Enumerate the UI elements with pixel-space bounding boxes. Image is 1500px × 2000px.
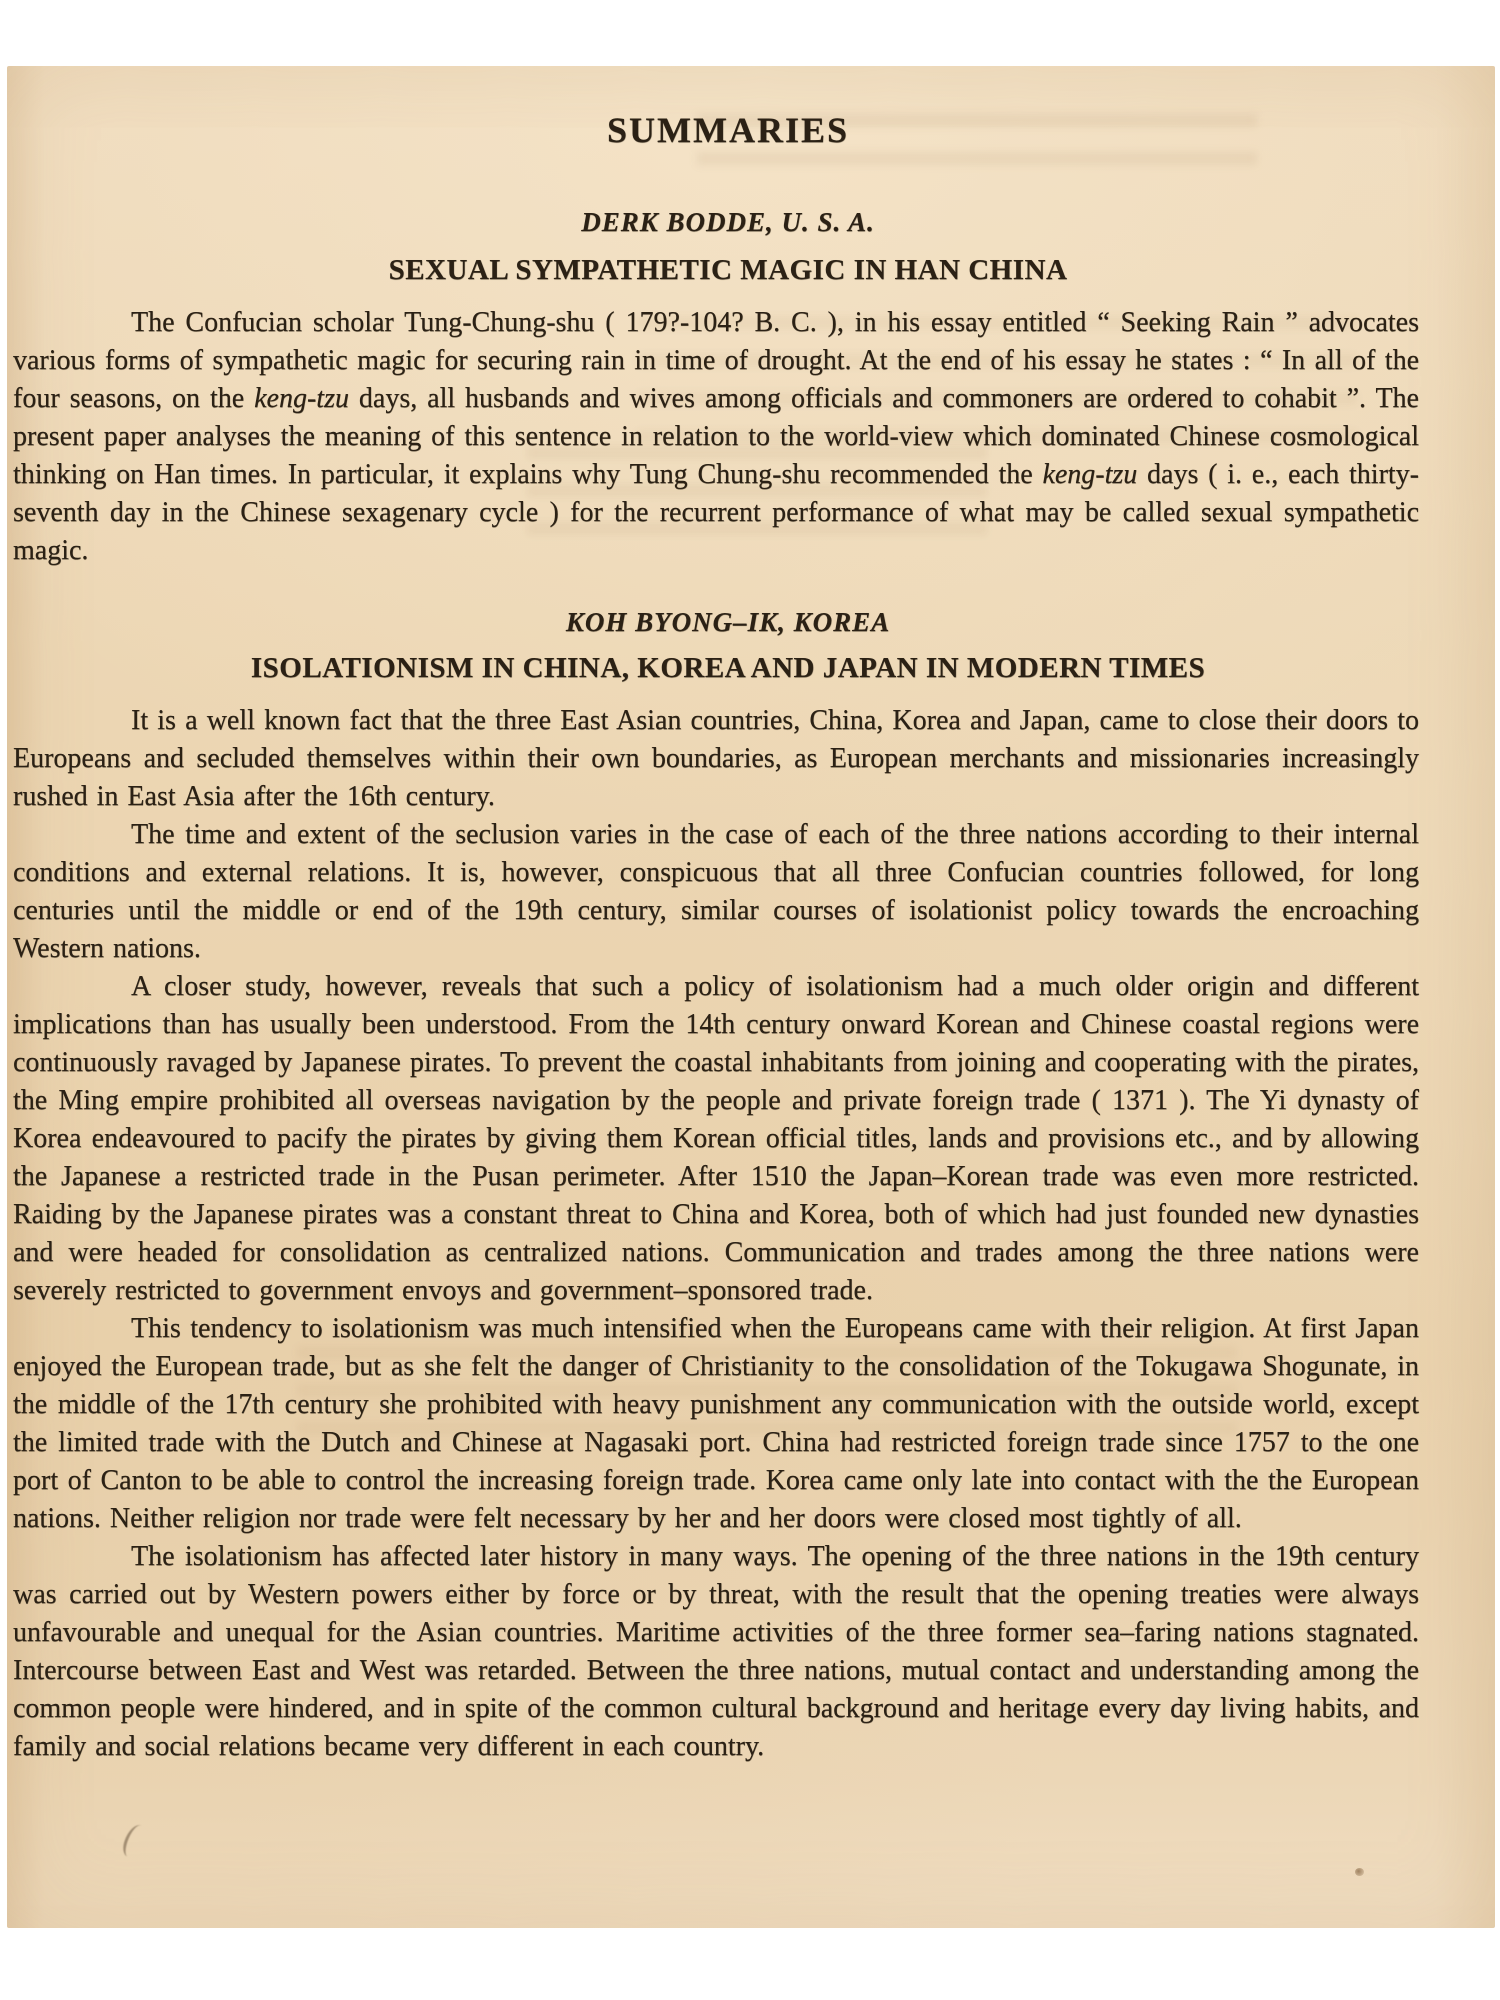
summary-section-koh: KOH BYONG–IK, KOREA ISOLATIONISM IN CHIN… (13, 602, 1419, 1766)
paper-speck (1355, 1868, 1364, 1876)
abstract-paragraph: The isolationism has affected later hist… (13, 1538, 1419, 1766)
abstract-paragraph: It is a well known fact that the three E… (13, 702, 1419, 816)
page-title: SUMMARIES (25, 108, 1431, 152)
abstract: It is a well known fact that the three E… (13, 702, 1419, 1766)
abstract-paragraph: The time and extent of the seclusion var… (13, 816, 1419, 968)
abstract-paragraph: A closer study, however, reveals that su… (13, 968, 1419, 1310)
scanned-page: SUMMARIES DERK BODDE, U. S. A. SEXUAL SY… (7, 66, 1495, 1928)
section-title: SEXUAL SYMPATHETIC MAGIC IN HAN CHINA (25, 250, 1431, 290)
abstract-paragraph: The Confucian scholar Tung-Chung-shu ( 1… (13, 304, 1419, 570)
section-author: DERK BODDE, U. S. A. (25, 202, 1431, 242)
pen-scratch-mark (120, 1822, 149, 1860)
section-author: KOH BYONG–IK, KOREA (25, 602, 1431, 642)
page-content: SUMMARIES DERK BODDE, U. S. A. SEXUAL SY… (7, 66, 1495, 1766)
abstract: The Confucian scholar Tung-Chung-shu ( 1… (13, 304, 1419, 570)
section-title: ISOLATIONISM IN CHINA, KOREA AND JAPAN I… (25, 648, 1431, 688)
abstract-paragraph: This tendency to isolationism was much i… (13, 1310, 1419, 1538)
italic-term: keng-tzu (1042, 459, 1137, 490)
summary-section-bodde: DERK BODDE, U. S. A. SEXUAL SYMPATHETIC … (13, 202, 1419, 570)
italic-term: keng-tzu (254, 383, 349, 414)
